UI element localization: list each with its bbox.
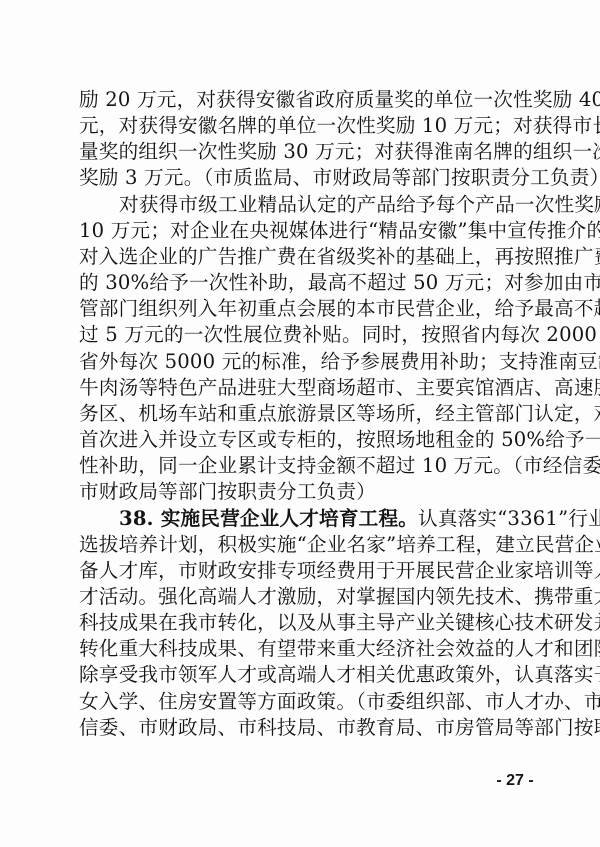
- section-heading: 38. 实施民营企业人才培育工程。: [119, 507, 418, 530]
- text-line: 38. 实施民营企业人才培育工程。认真落实“3361”行业人才: [79, 506, 522, 532]
- paragraph-industrial-products: 对获得市级工业精品认定的产品给予每个产品一次性奖励 10 万元；对企业在央视媒体…: [79, 192, 522, 506]
- text-line: 选拔培养计划，积极实施“企业名家”培养工程，建立民营企业后: [79, 532, 522, 558]
- text-line: 务区、机场车站和重点旅游景区等场所，经主管部门认定，对: [79, 401, 522, 427]
- body-text: 励 20 万元，对获得安徽省政府质量奖的单位一次性奖励 40 万 元，对获得安徽…: [79, 87, 522, 741]
- text-line: 备人才库，市财政安排专项经费用于开展民营企业家培训等人: [79, 558, 522, 584]
- text-line: 量奖的组织一次性奖励 30 万元；对获得淮南名牌的组织一次性: [79, 139, 522, 165]
- text-line: 的 30%给予一次性补助，最高不超过 50 万元；对参加由市级主: [79, 270, 522, 296]
- text-line: 除享受我市领军人才或高端人才相关优惠政策外，认真落实子: [79, 662, 522, 688]
- text-line: 科技成果在我市转化，以及从事主导产业关键核心技术研发并: [79, 610, 522, 636]
- text-line: 过 5 万元的一次性展位费补贴。同时，按照省内每次 2000 元、: [79, 322, 522, 348]
- text-line: 奖励 3 万元。（市质监局、市财政局等部门按职责分工负责）: [79, 165, 522, 191]
- text-line: 转化重大科技成果、有望带来重大经济社会效益的人才和团队，: [79, 636, 522, 662]
- text-line: 市财政局等部门按职责分工负责）: [79, 479, 522, 505]
- text-line: 女入学、住房安置等方面政策。（市委组织部、市人才办、市经: [79, 689, 522, 715]
- text-line: 性补助，同一企业累计支持金额不超过 10 万元。（市经信委、: [79, 453, 522, 479]
- text-line: 省外每次 5000 元的标准，给予参展费用补助；支持淮南豆制品、: [79, 349, 522, 375]
- paragraph-quality-awards: 励 20 万元，对获得安徽省政府质量奖的单位一次性奖励 40 万 元，对获得安徽…: [79, 87, 522, 192]
- text-line: 牛肉汤等特色产品进驻大型商场超市、主要宾馆酒店、高速服: [79, 375, 522, 401]
- text-line: 10 万元；对企业在央视媒体进行“精品安徽”集中宣传推介的，: [79, 218, 522, 244]
- text-line: 对获得市级工业精品认定的产品给予每个产品一次性奖励: [79, 192, 522, 218]
- text-line: 元，对获得安徽名牌的单位一次性奖励 10 万元；对获得市长质: [79, 113, 522, 139]
- text-run: 认真落实“3361”行业人才: [418, 507, 600, 530]
- page-number: - 27 -: [480, 772, 550, 790]
- document-page: 励 20 万元，对获得安徽省政府质量奖的单位一次性奖励 40 万 元，对获得安徽…: [0, 0, 600, 847]
- paragraph-item-38-talent-cultivation: 38. 实施民营企业人才培育工程。认真落实“3361”行业人才 选拔培养计划，积…: [79, 506, 522, 741]
- text-line: 才活动。强化高端人才激励，对掌握国内领先技术、携带重大: [79, 584, 522, 610]
- text-line: 首次进入并设立专区或专柜的，按照场地租金的 50%给予一次: [79, 427, 522, 453]
- text-line: 信委、市财政局、市科技局、市教育局、市房管局等部门按职: [79, 715, 522, 741]
- text-line: 对入选企业的广告推广费在省级奖补的基础上，再按照推广费: [79, 244, 522, 270]
- text-line: 励 20 万元，对获得安徽省政府质量奖的单位一次性奖励 40 万: [79, 87, 522, 113]
- text-line: 管部门组织列入年初重点会展的本市民营企业，给予最高不超: [79, 296, 522, 322]
